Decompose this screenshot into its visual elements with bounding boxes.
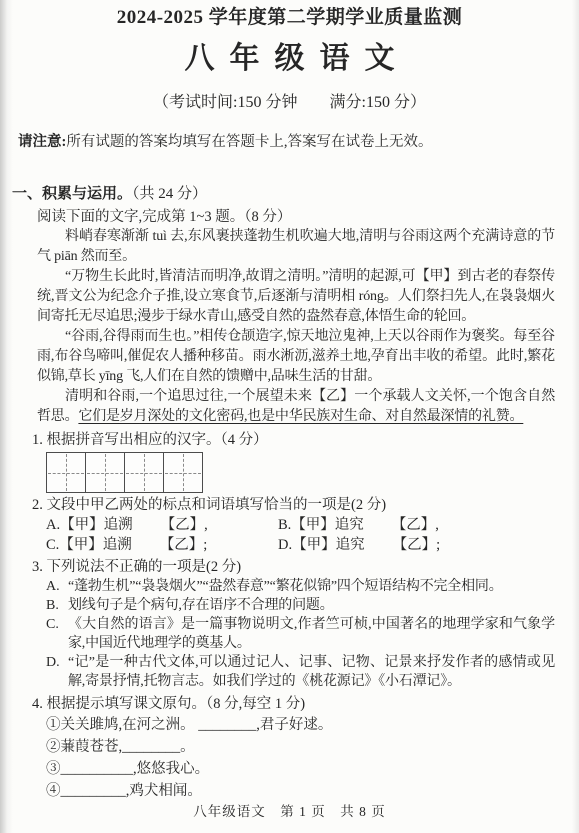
question-2-option-c: C.【甲】追溯【乙】; [46, 535, 278, 555]
option-jia: 【甲】追溯 [60, 515, 133, 535]
section-title: 一、积累与运用。 [12, 186, 132, 202]
question-2-option-d: D.【甲】追究【乙】; [278, 535, 510, 555]
grid-cell-2 [86, 453, 125, 492]
option-text: 划线句子是个病句,存在语序不合理的问题。 [68, 596, 555, 615]
reading-intro: 阅读下面的文字,完成第 1~3 题。（8 分） [37, 207, 579, 227]
question-2: 2. 文段中甲乙两处的标点和词语填写恰当的一项是(2 分) A.【甲】追溯【乙】… [0, 496, 579, 555]
option-yi: 【乙】; [393, 535, 441, 555]
option-letter: B. [278, 515, 291, 535]
fill-item-2: ②蒹葭苍苍,________。 [46, 736, 579, 758]
question-2-option-b: B.【甲】追究【乙】, [278, 515, 510, 535]
question-3-stem: 3. 下列说法不正确的一项是(2 分) [32, 558, 561, 577]
option-jia: 【甲】追究 [292, 535, 365, 555]
option-letter: A. [46, 577, 68, 596]
question-3-option-b: B.划线句子是个病句,存在语序不合理的问题。 [46, 596, 555, 615]
grid-cell-1 [47, 453, 86, 492]
question-3: 3. 下列说法不正确的一项是(2 分) A.“蓬勃生机”“袅袅烟火”“盎然春意”… [0, 558, 579, 691]
passage-paragraph-2: “万物生长此时,皆清洁而明净,故谓之清明。”清明的起源,可【甲】到古老的春祭传统… [37, 267, 555, 327]
question-2-stem: 2. 文段中甲乙两处的标点和词语填写恰当的一项是(2 分) [32, 496, 561, 515]
notice-text: 所有试题的答案均填写在答题卡上,答案写在试卷上无效。 [66, 134, 432, 150]
question-4: 4. 根据提示填写课文原句。（8 分,每空 1 分) ①关关雎鸠,在河之洲。 _… [0, 695, 579, 802]
grid-cell-3 [125, 453, 164, 492]
option-jia: 【甲】追究 [291, 515, 364, 535]
question-4-stem: 4. 根据提示填写课文原句。（8 分,每空 1 分) [32, 695, 561, 714]
question-1-stem: 1. 根据拼音写出相应的汉字。（4 分） [32, 431, 561, 450]
section-score: （共 24 分） [132, 186, 207, 202]
option-text: 《大自然的语言》是一篇事物说明文,作者竺可桢,中国著名的地理学家和气象学家,中国… [68, 615, 555, 653]
fill-item-4: ④_________,鸡犬相闻。 [46, 780, 579, 802]
option-jia: 【甲】追溯 [59, 535, 132, 555]
option-yi: 【乙】, [392, 515, 439, 535]
notice-label: 请注意: [18, 134, 66, 150]
question-3-option-d: D.“记”是一种古代文体,可以通过记人、记事、记物、记景来抒发作者的感情或见解,… [46, 653, 555, 691]
answer-grid [46, 452, 203, 493]
passage-paragraph-4: 清明和谷雨,一个追思过往,一个展望未来【乙】一个承载人文关怀,一个饱含自然哲思。… [37, 387, 555, 427]
passage-paragraph-1: 料峭春寒渐渐 tuì 去,东风裹挟蓬勃生机吹遍大地,清明与谷雨这两个充满诗意的节… [37, 227, 555, 267]
exam-subject-title: 八年级语文 [0, 39, 579, 79]
grid-cell-4 [164, 453, 202, 492]
option-letter: A. [46, 515, 60, 535]
section-heading: 一、积累与运用。（共 24 分） [12, 184, 579, 204]
option-letter: B. [46, 596, 68, 615]
underlined-sentence: 它们是岁月深处的文化密码,也是中华民族对生命、对自然最深情的礼赞。 [78, 409, 523, 424]
question-1: 1. 根据拼音写出相应的汉字。（4 分） [0, 431, 579, 493]
question-3-option-a: A.“蓬勃生机”“袅袅烟火”“盎然春意”“繁花似锦”四个短语结构不完全相同。 [46, 577, 555, 596]
fill-item-3: ③__________,悠悠我心。 [46, 758, 579, 780]
exam-session-title: 2024-2025 学年度第二学期学业质量监测 [0, 0, 579, 30]
option-letter: D. [278, 535, 292, 555]
question-2-option-a: A.【甲】追溯【乙】, [46, 515, 278, 535]
reading-passage: 料峭春寒渐渐 tuì 去,东风裹挟蓬勃生机吹遍大地,清明与谷雨这两个充满诗意的节… [37, 227, 555, 427]
question-2-options: A.【甲】追溯【乙】, B.【甲】追究【乙】, C.【甲】追溯【乙】; D.【甲… [46, 515, 579, 555]
passage-paragraph-3: “谷雨,谷得雨而生也。”相传仓颉造字,惊天地泣鬼神,上天以谷雨作为褒奖。每至谷雨… [37, 327, 555, 387]
option-yi: 【乙】; [160, 535, 208, 555]
notice-line: 请注意:所有试题的答案均填写在答题卡上,答案写在试卷上无效。 [18, 132, 565, 152]
option-letter: C. [46, 535, 59, 555]
fill-item-1: ①关关雎鸠,在河之洲。 ________,君子好逑。 [46, 714, 579, 736]
exam-info-line: （考试时间:150 分钟 满分:150 分） [0, 92, 579, 113]
page-footer: 八年级语文 第 1 页 共 8 页 [0, 800, 579, 820]
option-yi: 【乙】, [161, 515, 208, 535]
option-text: “记”是一种古代文体,可以通过记人、记事、记物、记景来抒发作者的感情或见解,寄景… [68, 653, 555, 691]
option-letter: C. [46, 615, 68, 653]
exam-page: 2024-2025 学年度第二学期学业质量监测 八年级语文 （考试时间:150 … [0, 0, 579, 833]
question-3-option-c: C.《大自然的语言》是一篇事物说明文,作者竺可桢,中国著名的地理学家和气象学家,… [46, 615, 555, 653]
option-text: “蓬勃生机”“袅袅烟火”“盎然春意”“繁花似锦”四个短语结构不完全相同。 [68, 577, 555, 596]
option-letter: D. [46, 653, 68, 691]
